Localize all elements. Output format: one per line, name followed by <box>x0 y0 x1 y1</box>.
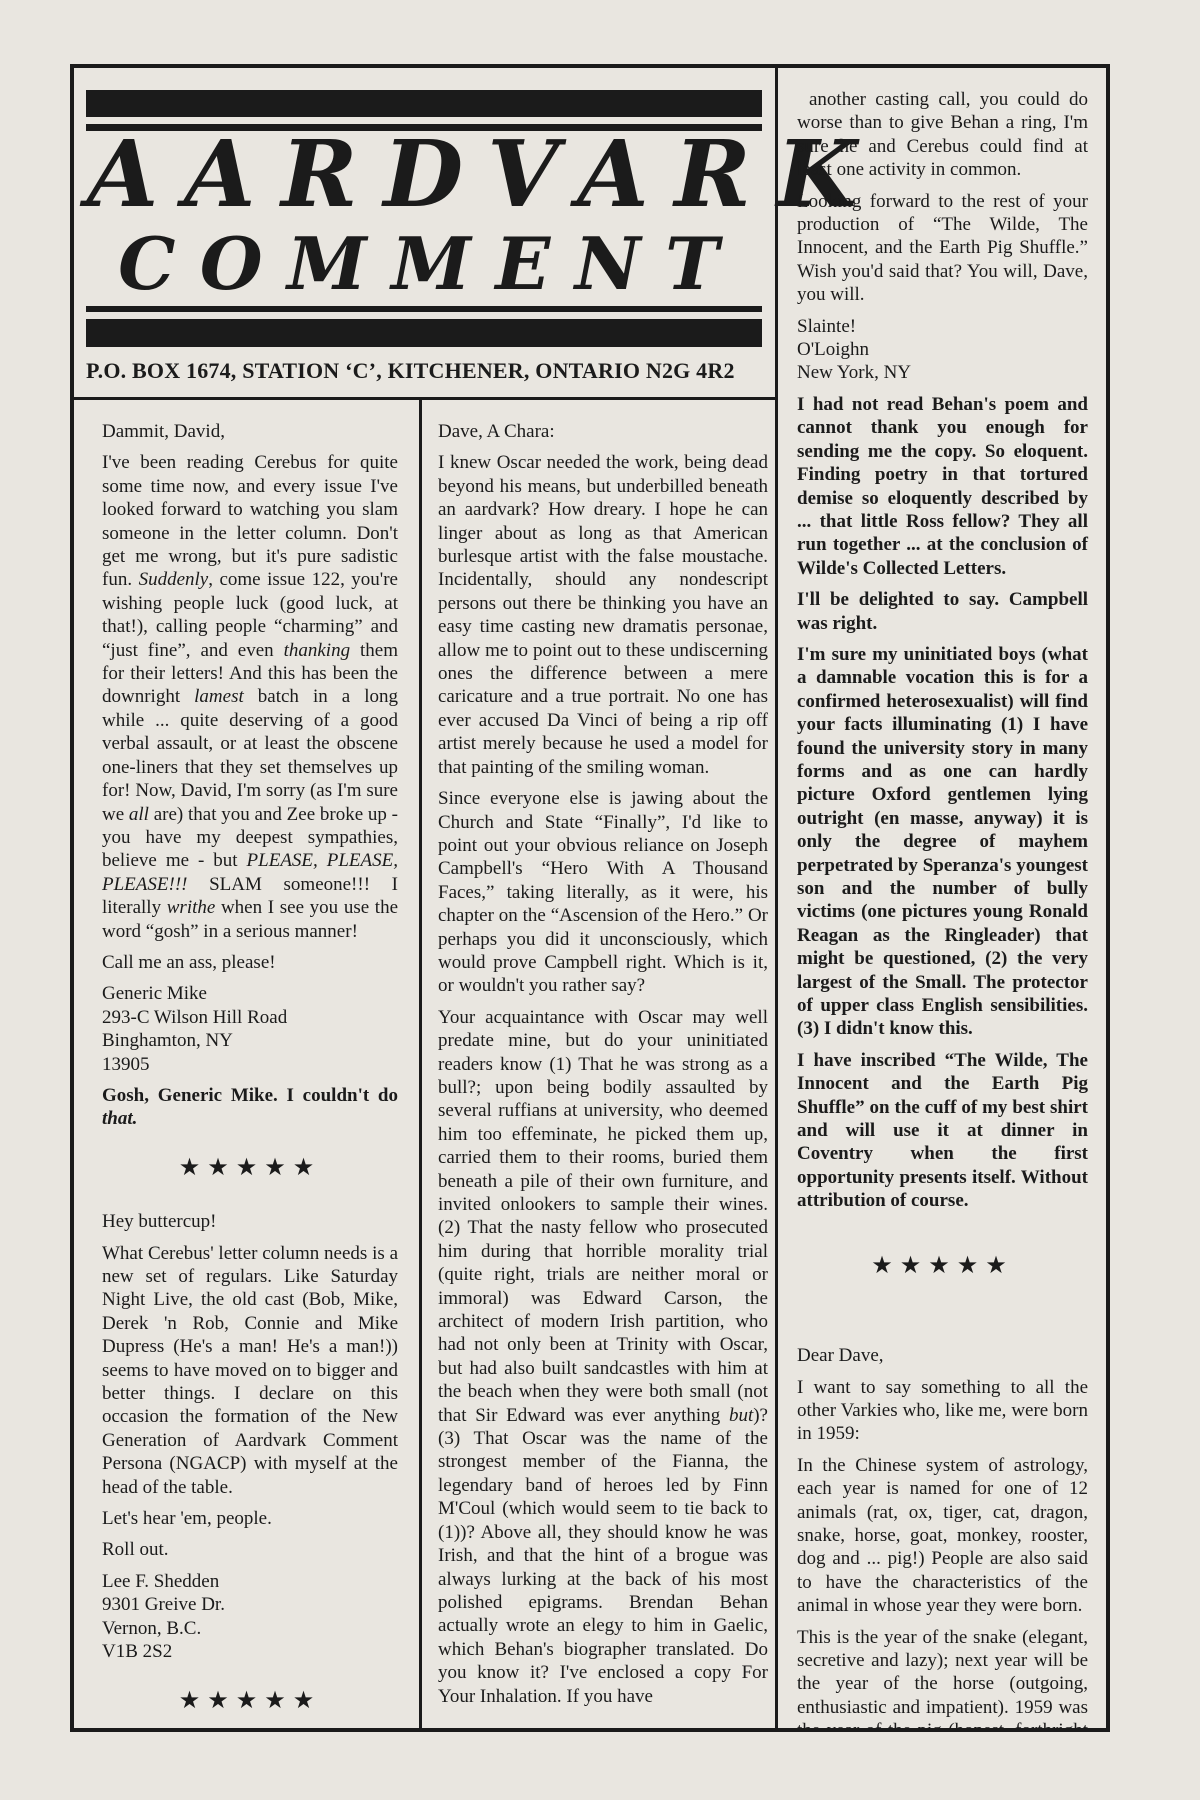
address-line: Vernon, B.C. <box>102 1617 398 1640</box>
editor-reply: I had not read Behan's poem and cannot t… <box>797 393 1088 580</box>
masthead-bar-thick-top <box>86 90 762 117</box>
letter-paragraph: I knew Oscar needed the work, being dead… <box>438 451 768 779</box>
star-divider: ★★★★★ <box>102 1157 398 1180</box>
letter-paragraph: What Cerebus' letter column needs is a n… <box>102 1242 398 1499</box>
letters-page-scan: { "colors": { "paper": "#e9e6e0", "ink":… <box>0 0 1200 1800</box>
column-left: Dammit, David,I've been reading Cerebus … <box>102 420 398 1732</box>
column-middle: Dave, A Chara:I knew Oscar needed the wo… <box>438 420 768 1716</box>
masthead-bar-thin-bottom <box>86 306 762 312</box>
column-divider-left <box>419 397 422 1728</box>
star-divider: ★★★★★ <box>102 1690 398 1713</box>
letter-paragraph: Your acquaintance with Oscar may well pr… <box>438 1006 768 1708</box>
address-line: O'Loighn <box>797 338 1088 361</box>
address-line: Generic Mike <box>102 982 398 1005</box>
letter-paragraph: Call me an ass, please! <box>102 951 398 974</box>
letter-paragraph: Dear Dave, <box>797 1344 1088 1367</box>
sender-address: Generic Mike293-C Wilson Hill RoadBingha… <box>102 982 398 1076</box>
letter-paragraph: Roll out. <box>102 1538 398 1561</box>
star-divider: ★★★★★ <box>797 1255 1088 1278</box>
address-line: Lee F. Shedden <box>102 1570 398 1593</box>
column-right: another casting call, you could do worse… <box>797 88 1088 1732</box>
letter-paragraph: Dammit, David, <box>102 420 398 443</box>
letter-paragraph: I want to say something to all the other… <box>797 1376 1088 1446</box>
address-line: New York, NY <box>797 361 1088 384</box>
editor-reply: I have inscribed “The Wilde, The Innocen… <box>797 1049 1088 1213</box>
address-line: 13905 <box>102 1053 398 1076</box>
page-frame: AARDVARK COMMENT P.O. BOX 1674, STATION … <box>70 64 1110 1732</box>
letter-paragraph: Hey buttercup! <box>102 1210 398 1233</box>
masthead-title-comment: COMMENT <box>74 228 775 300</box>
masthead-bottom-rule <box>74 397 775 400</box>
address-line: Slainte! <box>797 315 1088 338</box>
letter-paragraph: I've been reading Cerebus for quite some… <box>102 451 398 943</box>
address-line: 293-C Wilson Hill Road <box>102 1006 398 1029</box>
sender-address: Slainte!O'LoighnNew York, NY <box>797 315 1088 385</box>
letter-paragraph: Let's hear 'em, people. <box>102 1507 398 1530</box>
address-line: Binghamton, NY <box>102 1029 398 1052</box>
letter-paragraph: another casting call, you could do worse… <box>797 88 1088 182</box>
address-line: 9301 Greive Dr. <box>102 1593 398 1616</box>
masthead-title-aardvark: AARDVARK <box>74 128 775 220</box>
editor-reply: I'll be delighted to say. Campbell was r… <box>797 588 1088 635</box>
letter-paragraph: Since everyone else is jawing about the … <box>438 787 768 998</box>
sender-address: Lee F. Shedden9301 Greive Dr.Vernon, B.C… <box>102 1570 398 1664</box>
po-box-address: P.O. BOX 1674, STATION ‘C’, KITCHENER, O… <box>86 356 768 386</box>
column-divider-right <box>775 68 778 1728</box>
editor-reply: Gosh, Generic Mike. I couldn't do that. <box>102 1084 398 1131</box>
masthead: AARDVARK COMMENT P.O. BOX 1674, STATION … <box>74 68 775 400</box>
letter-paragraph: Looking forward to the rest of your prod… <box>797 190 1088 307</box>
letter-paragraph: This is the year of the snake (elegant, … <box>797 1626 1088 1732</box>
letter-paragraph: In the Chinese system of astrology, each… <box>797 1454 1088 1618</box>
letter-paragraph: Dave, A Chara: <box>438 420 768 443</box>
masthead-bar-thick-bottom <box>86 319 762 347</box>
editor-reply: I'm sure my uninitiated boys (what a dam… <box>797 643 1088 1041</box>
address-line: V1B 2S2 <box>102 1640 398 1663</box>
